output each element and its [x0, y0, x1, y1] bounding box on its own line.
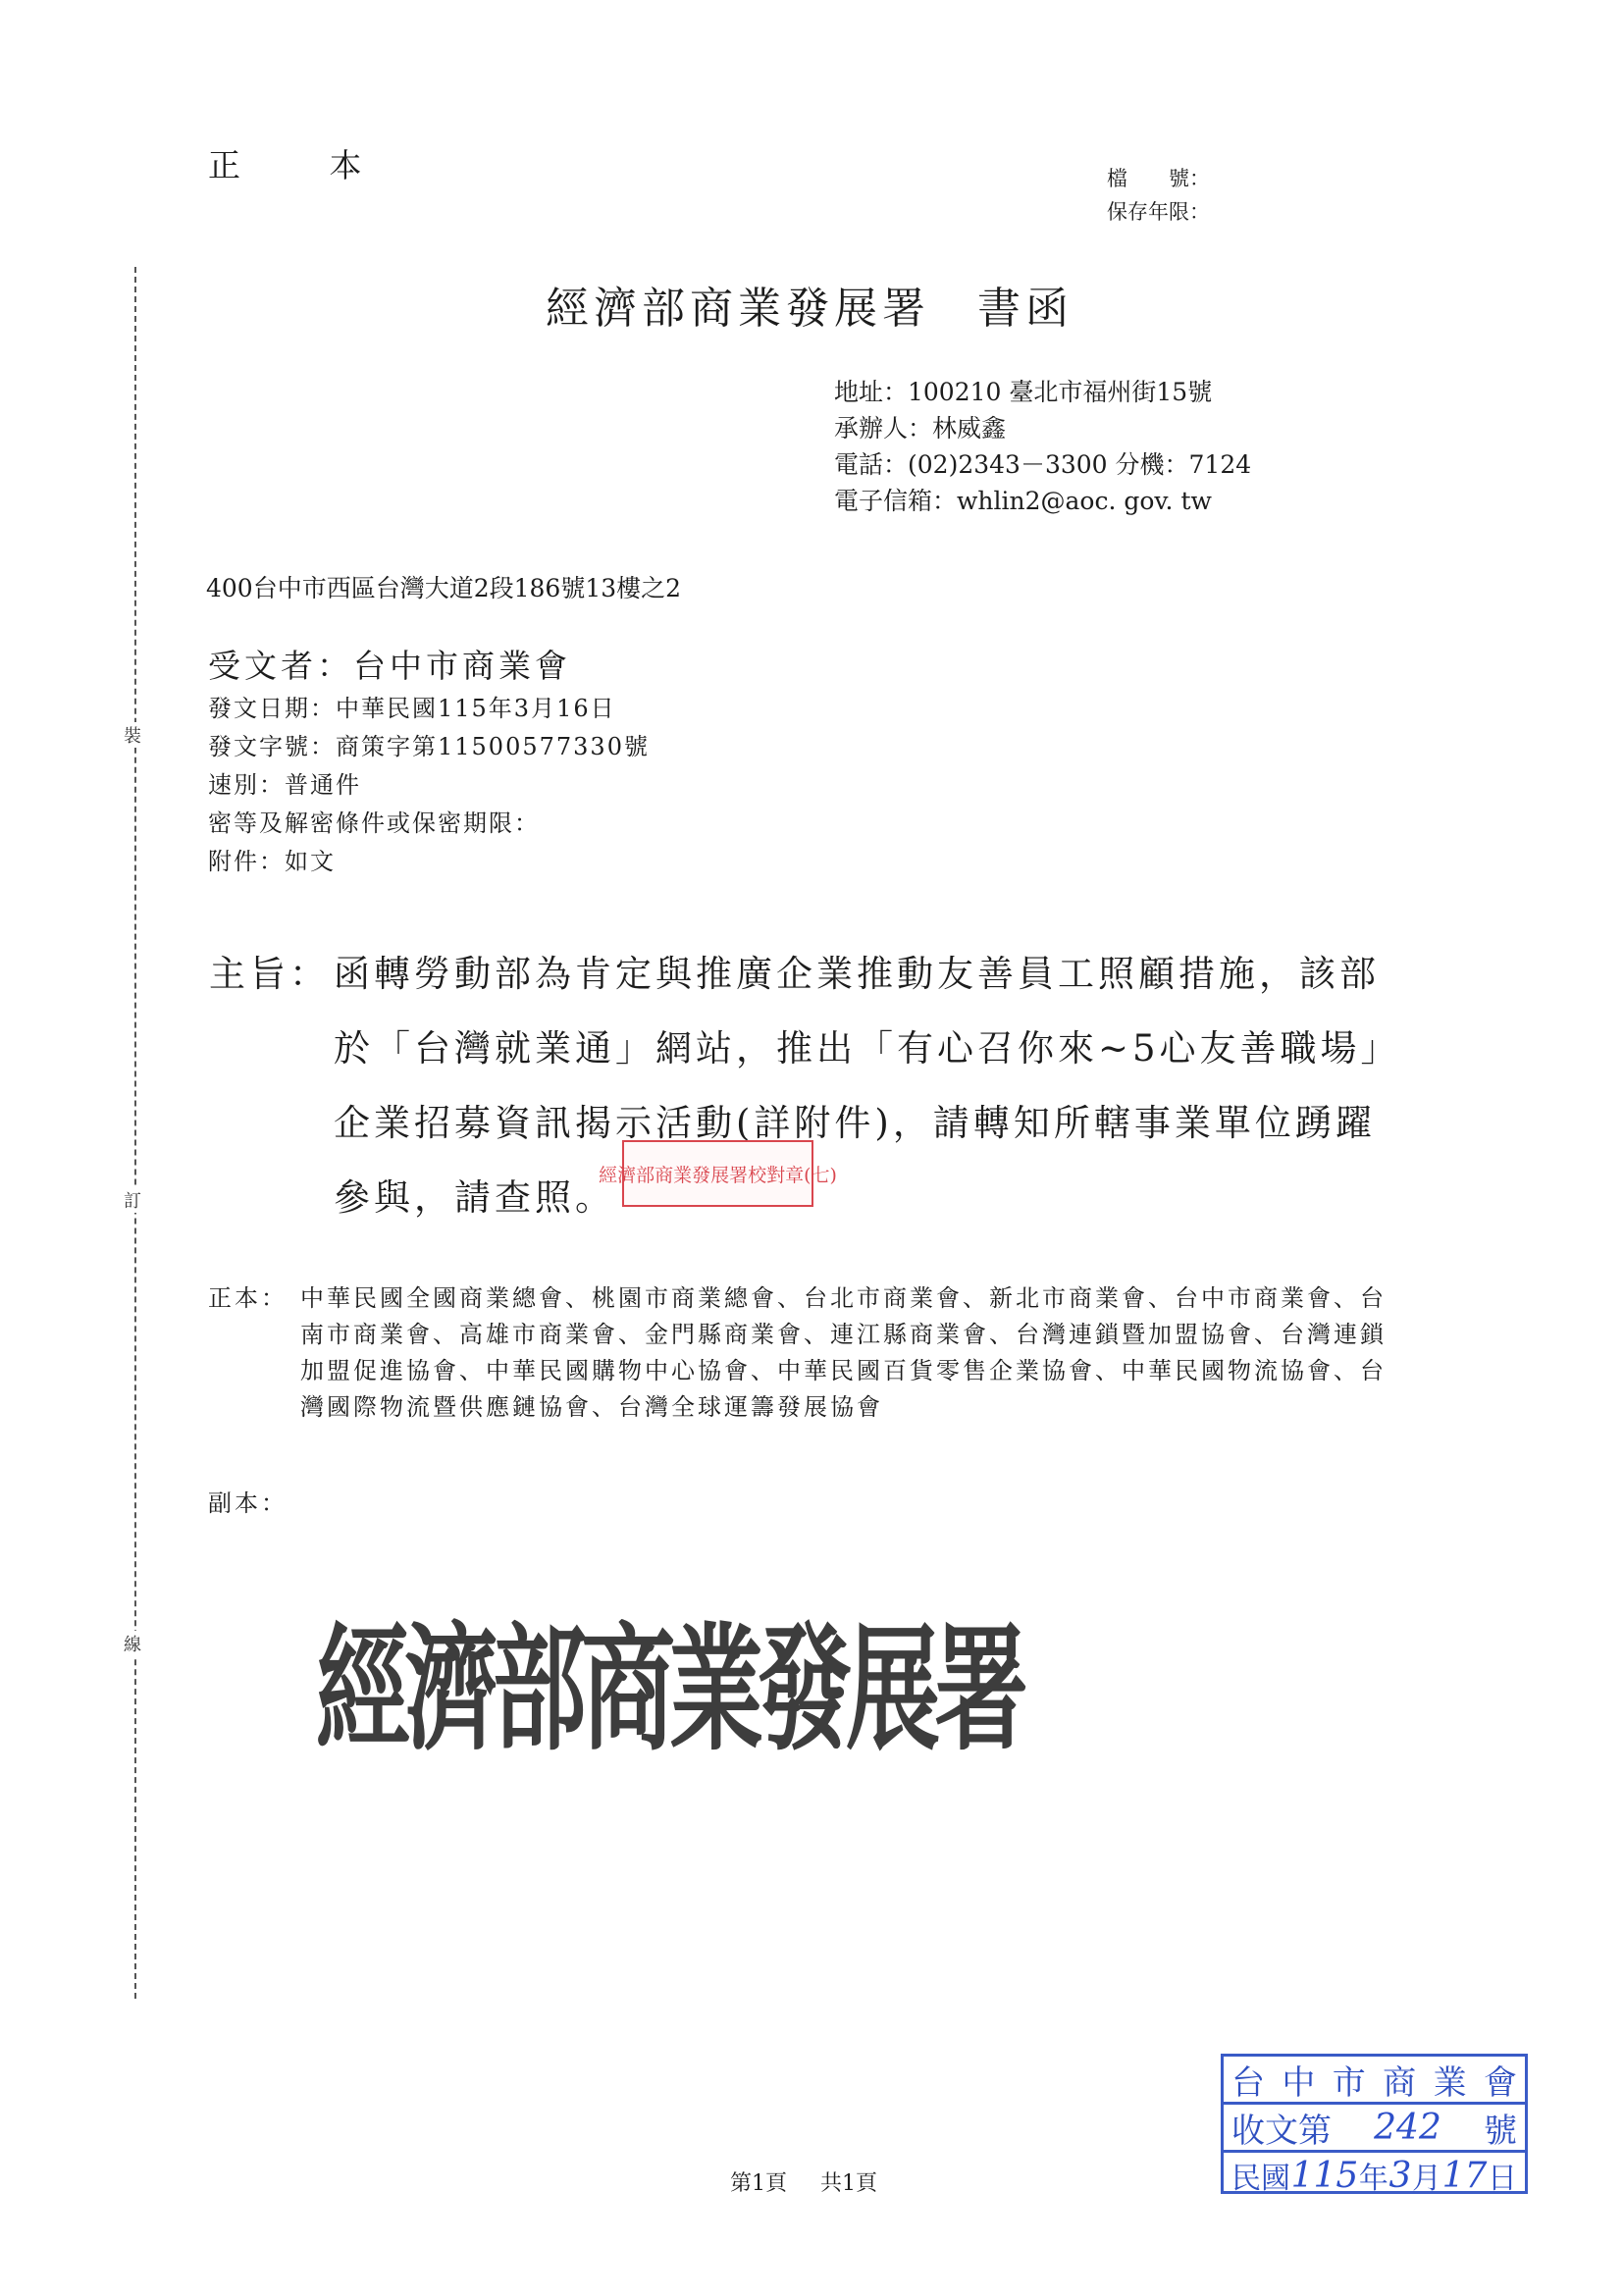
- email-address: 電子信箱：whlin2@aoc. gov. tw: [834, 483, 1251, 519]
- file-number-label: 檔 號：: [1107, 162, 1210, 195]
- agency-address: 地址：100210 臺北市福州街15號: [834, 374, 1251, 410]
- document-title: 經濟部商業發展署書函: [546, 273, 1073, 336]
- month-label: 月: [1412, 2154, 1441, 2197]
- priority: 速別：普通件: [208, 766, 650, 805]
- document-type: 書函: [977, 284, 1073, 334]
- subject-line-1: 函轉勞動部為肯定與推廣企業推動友善員工照顧措施，該部: [334, 953, 1380, 995]
- receipt-org-char: 中: [1282, 2056, 1315, 2104]
- issuing-agency: 經濟部商業發展署: [546, 284, 930, 334]
- receipt-org-char: 業: [1434, 2056, 1467, 2104]
- retention-period-label: 保存年限：: [1107, 195, 1210, 229]
- binding-label-ding: 訂: [124, 1187, 141, 1213]
- case-officer: 承辦人：林威鑫: [834, 410, 1251, 446]
- year-label: 年: [1359, 2154, 1388, 2197]
- document-number: 發文字號：商策字第11500577330號: [208, 728, 650, 766]
- received-suffix: 號: [1484, 2104, 1517, 2152]
- binding-line: [134, 267, 136, 1999]
- receipt-org-row: 台 中 市 商 業 會: [1224, 2057, 1525, 2102]
- date-prefix: 民國: [1231, 2154, 1290, 2197]
- proofreading-seal: 經濟部商業發展署校對章(七): [622, 1140, 813, 1207]
- received-month: 3: [1389, 2156, 1412, 2196]
- total-pages: 共1頁: [820, 2171, 877, 2196]
- file-info: 檔 號： 保存年限：: [1107, 162, 1210, 229]
- subject-line-2: 於「台灣就業通」網站，推出「有心召你來~5心友善職場」: [209, 1012, 1401, 1086]
- recipient-address: 400台中市西區台灣大道2段186號13樓之2: [206, 569, 681, 604]
- current-page: 第1頁: [730, 2171, 787, 2196]
- received-prefix: 收文第: [1231, 2104, 1332, 2152]
- distribution-original: 正本：中華民國全國商業總會、桃園市商業總會、台北市商業會、新北市商業會、台中市商…: [208, 1280, 1399, 1426]
- received-number: 242: [1332, 2108, 1484, 2148]
- receipt-stamp: 台 中 市 商 業 會 收文第 242 號 民國 115 年 3 月 17 日: [1221, 2054, 1528, 2194]
- phone-number: 電話：(02)2343－3300 分機：7124: [834, 446, 1251, 483]
- receipt-org-char: 商: [1383, 2056, 1416, 2104]
- original-recipients-list: 中華民國全國商業總會、桃園市商業總會、台北市商業會、新北市商業會、台中市商業會、…: [300, 1280, 1399, 1426]
- received-day: 17: [1442, 2156, 1488, 2196]
- binding-label-zhuang: 裝: [124, 722, 141, 748]
- receipt-org-char: 台: [1231, 2056, 1265, 2104]
- receipt-org-char: 會: [1484, 2056, 1517, 2104]
- original-recipients-label: 正本：: [208, 1280, 300, 1317]
- receipt-org-char: 市: [1333, 2056, 1366, 2104]
- subject-label: 主旨：: [209, 937, 334, 1012]
- confidentiality: 密等及解密條件或保密期限：: [208, 805, 650, 843]
- contact-block: 地址：100210 臺北市福州街15號 承辦人：林威鑫 電話：(02)2343－…: [834, 374, 1251, 519]
- issue-date: 發文日期：中華民國115年3月16日: [208, 690, 650, 728]
- copy-recipients-label: 副本：: [208, 1484, 288, 1518]
- page-indicator: 第1頁共1頁: [730, 2166, 877, 2197]
- attachment: 附件：如文: [208, 843, 650, 881]
- receipt-number-row: 收文第 242 號: [1224, 2102, 1525, 2150]
- received-year: 115: [1291, 2156, 1359, 2196]
- receipt-date-row: 民國 115 年 3 月 17 日: [1224, 2150, 1525, 2198]
- original-copy-mark: 正 本: [208, 140, 401, 186]
- binding-label-xian: 線: [124, 1631, 141, 1656]
- recipient: 受文者：台中市商業會: [208, 643, 650, 690]
- agency-name-stamp: 經濟部商業發展署: [316, 1582, 1022, 1777]
- document-metadata: 受文者：台中市商業會 發文日期：中華民國115年3月16日 發文字號：商策字第1…: [208, 643, 650, 881]
- day-label: 日: [1488, 2154, 1517, 2197]
